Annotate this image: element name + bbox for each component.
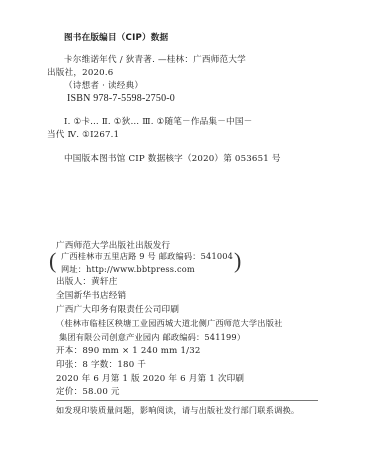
imprint-printer-address-line-2: 集团有限公司创意产业园内 邮政编码：541199）	[59, 331, 245, 343]
imprint-edition: 2020 年 6 月第 1 版 2020 年 6 月第 1 次印刷	[56, 373, 244, 385]
imprint-format: 开本：890 mm × 1 240 mm 1/32	[56, 345, 201, 357]
cip-series: （诗想者 · 读经典）	[64, 80, 143, 92]
cip-entry-line-2: 出版社，2020.6	[47, 67, 113, 79]
imprint-notice: 如发现印装质量问题，影响阅读，请与出版社发行部门联系调换。	[56, 404, 299, 416]
left-bracket: (	[49, 250, 56, 272]
cip-isbn: ISBN 978-7-5598-2750-0	[67, 93, 175, 105]
divider-rule	[56, 400, 318, 401]
cip-record-number: 中国版本图书馆 CIP 数据核字（2020）第 053651 号	[64, 153, 281, 165]
imprint-printer: 广西广大印务有限责任公司印刷	[56, 304, 179, 316]
imprint-price: 定价：58.00 元	[56, 386, 120, 398]
cip-entry-line-1: 卡尔维诺年代 / 狄青著. —桂林：广西师范大学	[64, 54, 246, 66]
cip-classification-line-1: Ⅰ. ①卡… Ⅱ. ①狄… Ⅲ. ①随笔－作品集－中国－	[64, 116, 252, 128]
right-bracket: )	[234, 250, 241, 272]
cip-title: 图书在版编目（CIP）数据	[64, 32, 168, 44]
imprint-distributor: 全国新华书店经销	[56, 290, 126, 302]
imprint-website: 网址：http://www.bbtpress.com	[61, 263, 195, 275]
imprint-printer-address-line-1: （桂林市临桂区秧塘工业园西城大道北侧广西师范大学出版社	[56, 317, 282, 329]
imprint-address: 广西桂林市五里店路 9 号 邮政编码：541004	[61, 250, 233, 262]
imprint-publisher-person: 出版人：黄轩庄	[56, 276, 118, 288]
imprint-sheets-words: 印张：8 字数：180 千	[56, 359, 146, 371]
cip-classification-line-2: 当代 Ⅳ. ①I267.1	[47, 129, 119, 141]
